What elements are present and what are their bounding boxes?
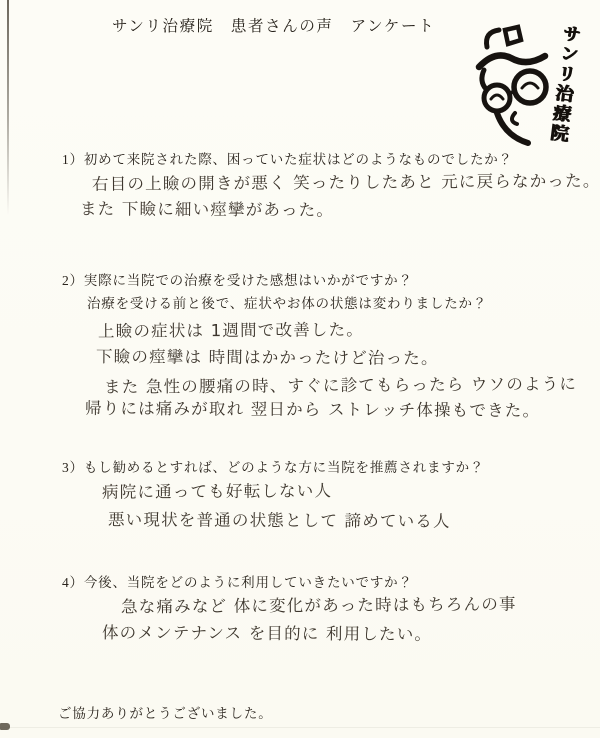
question-2-answer-line-3: また 急性の腰痛の時、すぐに診てもらったら ウソのように xyxy=(104,370,577,397)
question-2-text-line-2: 治療を受ける前と後で、症状やお体の状態は変わりましたか？ xyxy=(87,292,487,312)
question-3-answer-line-2: 悪い現状を普通の状態として 諦めている人 xyxy=(108,506,451,532)
question-2-answer-line-4: 帰りには痛みが取れ 翌日から ストレッチ体操もできた。 xyxy=(85,395,540,421)
question-1-answer-line-1: 右目の上瞼の開きが悪く 笑ったりしたあと 元に戻らなかった。 xyxy=(92,167,600,195)
question-1: 1）初めて来院された際、困っていた症状はどのようなものでしたか？ xyxy=(62,148,513,168)
scan-artifact-bottom-band xyxy=(0,727,600,728)
question-2: 2）実際に当院での治療を受けた感想はいかがですか？ xyxy=(62,269,413,289)
question-2-number: 2） xyxy=(62,273,84,288)
question-3-answer-line-1: 病院に通っても好転しない人 xyxy=(102,477,332,503)
page-title: サンリ治療院 患者さんの声 アンケート xyxy=(112,14,435,36)
question-4: 4）今後、当院をどのように利用していきたいですか？ xyxy=(62,571,413,591)
scan-artifact-left-edge xyxy=(7,0,9,215)
question-1-text: 初めて来院された際、困っていた症状はどのようなものでしたか？ xyxy=(84,152,513,167)
scan-artifact-bottom-left-mark xyxy=(0,723,10,730)
question-2-text: 実際に当院での治療を受けた感想はいかがですか？ xyxy=(84,273,413,288)
question-3: 3）もし勧めるとすれば、どのような方に当院を推薦されますか？ xyxy=(62,456,484,476)
question-4-number: 4） xyxy=(62,575,84,590)
question-2-answer-line-1: 上瞼の症状は 1週間で改善した。 xyxy=(98,316,364,342)
question-4-answer-line-1: 急な痛みなど 体に変化があった時はもちろんの事 xyxy=(121,591,517,618)
question-3-number: 3） xyxy=(62,460,84,475)
question-1-answer-line-2: また 下瞼に細い痙攣があった。 xyxy=(80,195,334,220)
scanned-questionnaire-page: サンリ治療院 患者さんの声 アンケート サンリ治療院 1）初めて来院された際、困… xyxy=(0,0,600,738)
question-2-answer-line-2: 下瞼の痙攣は 時間はかかったけど治った。 xyxy=(96,343,439,369)
question-4-text: 今後、当院をどのように利用していきたいですか？ xyxy=(84,575,413,590)
question-1-number: 1） xyxy=(62,152,84,167)
closing-message: ご協力ありがとうございました。 xyxy=(58,702,273,722)
question-3-text: もし勧めるとすれば、どのような方に当院を推薦されますか？ xyxy=(84,460,484,475)
question-4-answer-line-2: 体のメンテナンス を目的に 利用したい。 xyxy=(102,619,432,645)
